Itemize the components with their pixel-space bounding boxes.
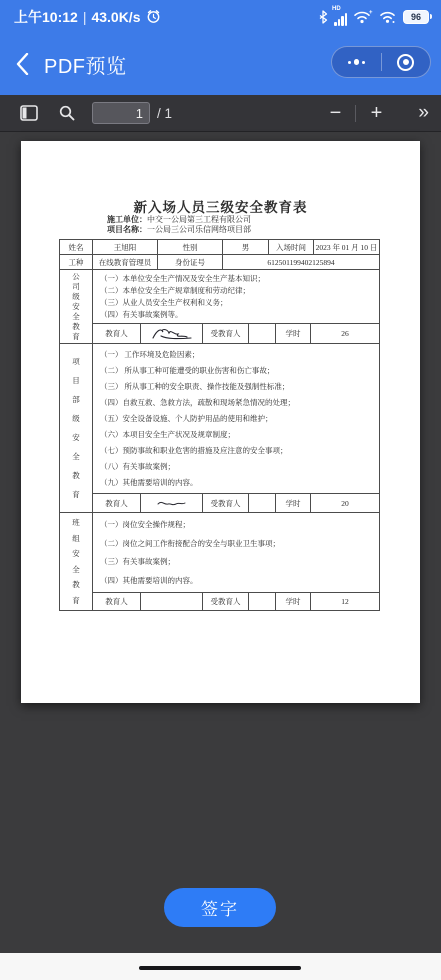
section-item-line: （三）从业人员安全生产权利和义务； bbox=[100, 297, 375, 308]
job-label: 工种 bbox=[60, 255, 93, 269]
section-label: 班组安全教育 bbox=[60, 513, 93, 610]
pdf-page: 新入场人员三级安全教育表 施工单位：中交一公局第三工程有限公司 项目名称：一公局… bbox=[21, 141, 420, 703]
section-item-line: （三）有关事故案例； bbox=[100, 556, 375, 567]
page-total-label: / 1 bbox=[157, 106, 172, 121]
entry-label: 入场时间 bbox=[269, 240, 314, 254]
builder-line: 施工单位：中交一公局第三工程有限公司 bbox=[107, 215, 251, 225]
three-dots-icon bbox=[348, 59, 366, 65]
trainee-signature-empty bbox=[249, 324, 276, 343]
educator-row: 教育人 受教育人 学时 26 bbox=[93, 323, 379, 343]
search-button[interactable] bbox=[52, 98, 82, 128]
trainee-signature-empty bbox=[249, 593, 276, 610]
pdf-viewer[interactable]: 新入场人员三级安全教育表 施工单位：中交一公局第三工程有限公司 项目名称：一公局… bbox=[0, 132, 441, 953]
builder-label: 施工单位： bbox=[107, 215, 147, 224]
pdf-toolbar: / 1 − + » bbox=[0, 95, 441, 132]
section-label: 项目部级安全教育 bbox=[60, 344, 93, 512]
trainee-signature-empty bbox=[249, 494, 276, 512]
section-item-line: （一）岗位安全操作规程； bbox=[100, 519, 375, 530]
section-item-line: （一）本单位安全生产情况及安全生产基本知识； bbox=[100, 273, 375, 284]
battery-percent: 96 bbox=[411, 12, 421, 22]
section-items: （一） 工作环境及危险因素；（二） 所从事工种可能遭受的职业伤害和伤亡事故；（三… bbox=[93, 344, 379, 493]
section-company: 公司级安全教育 （一）本单位安全生产情况及安全生产基本知识；（二）本单位安全生产… bbox=[60, 270, 379, 344]
section-project: 项目部级安全教育 （一） 工作环境及危险因素；（二） 所从事工种可能遭受的职业伤… bbox=[60, 344, 379, 513]
id-value: 612501199402125894 bbox=[223, 255, 379, 269]
name-label: 姓名 bbox=[60, 240, 93, 254]
battery-icon: 96 bbox=[403, 10, 429, 24]
section-item-line: （四）有关事故案例等。 bbox=[100, 309, 375, 320]
section-item-line: （七）预防事故和职业危害的措施及应注意的安全事项； bbox=[100, 445, 375, 456]
section-item-line: （四）自救互救、急救方法，疏散和现场紧急情况的处理； bbox=[100, 397, 375, 408]
project-label: 项目名称： bbox=[107, 225, 147, 234]
hours-value: 26 bbox=[311, 324, 379, 343]
signature-scribble-icon bbox=[147, 326, 197, 342]
sign-button[interactable]: 签字 bbox=[164, 888, 276, 927]
hours-label: 学时 bbox=[276, 593, 311, 610]
toolbar-divider bbox=[355, 105, 356, 122]
zoom-in-button[interactable]: + bbox=[360, 103, 392, 123]
header: PDF预览 bbox=[0, 33, 441, 95]
section-item-line: （五）安全设备设施、个人防护用品的使用和维护； bbox=[100, 413, 375, 424]
section-item-line: （二） 所从事工种可能遭受的职业伤害和伤亡事故； bbox=[100, 365, 375, 376]
status-bar: 上午10:12 | 43.0K/s HD + 96 bbox=[0, 0, 441, 33]
section-item-line: （八）有关事故案例； bbox=[100, 461, 375, 472]
trainee-label: 受教育人 bbox=[203, 593, 249, 610]
zoom-out-button[interactable]: − bbox=[319, 103, 351, 123]
table-row: 工种 在线教育管理员 身份证号 612501199402125894 bbox=[60, 255, 379, 270]
alarm-icon bbox=[146, 9, 161, 24]
education-table: 姓名 王旭阳 性别 男 入场时间 2023 年 01 月 10 日 工种 在线教… bbox=[59, 239, 380, 611]
page-title: PDF预览 bbox=[44, 50, 127, 79]
miniprogram-capsule bbox=[331, 46, 431, 78]
status-separator: | bbox=[83, 9, 87, 25]
educator-row: 教育人 受教育人 学时 12 bbox=[93, 592, 379, 610]
wifi-icon bbox=[379, 9, 397, 24]
section-item-line: （二）本单位安全生产规章制度和劳动纪律； bbox=[100, 285, 375, 296]
back-button[interactable] bbox=[0, 42, 44, 86]
status-time: 上午10:12 bbox=[14, 7, 78, 27]
hours-value: 20 bbox=[311, 494, 379, 512]
section-item-line: （九）其他需要培训的内容。 bbox=[100, 477, 375, 488]
section-item-line: （三） 所从事工种的安全职责、操作技能及强制性标准； bbox=[100, 381, 375, 392]
page-number-input[interactable] bbox=[92, 102, 150, 124]
back-chevron-icon bbox=[16, 53, 29, 75]
educator-signature-empty bbox=[141, 593, 203, 610]
hours-label: 学时 bbox=[276, 324, 311, 343]
search-icon bbox=[59, 105, 75, 121]
project-value: 一公局三公司乐信网络项目部 bbox=[147, 225, 251, 234]
project-line: 项目名称：一公局三公司乐信网络项目部 bbox=[107, 225, 251, 235]
educator-row: 教育人 受教育人 学时 20 bbox=[93, 493, 379, 512]
section-item-line: （二）岗位之间工作衔接配合的安全与职业卫生事项； bbox=[100, 538, 375, 549]
sidebar-toggle-button[interactable] bbox=[14, 98, 44, 128]
more-menu-button[interactable] bbox=[332, 47, 381, 77]
section-item-line: （六）本项目安全生产状况及规章制度； bbox=[100, 429, 375, 440]
educator-label: 教育人 bbox=[93, 593, 141, 610]
hours-value: 12 bbox=[311, 593, 379, 610]
home-indicator[interactable] bbox=[139, 966, 301, 970]
sidebar-icon bbox=[20, 105, 38, 121]
wifi-plus-icon: + bbox=[353, 9, 373, 24]
section-items: （一）本单位安全生产情况及安全生产基本知识；（二）本单位安全生产规章制度和劳动纪… bbox=[93, 270, 379, 323]
section-label: 公司级安全教育 bbox=[60, 270, 93, 343]
network-speed: 43.0K/s bbox=[91, 9, 140, 25]
close-miniprogram-button[interactable] bbox=[382, 47, 431, 77]
signature-scribble-icon bbox=[152, 497, 192, 509]
educator-signature bbox=[141, 494, 203, 512]
bluetooth-icon bbox=[318, 10, 328, 24]
educator-signature bbox=[141, 324, 203, 343]
section-item-line: （四）其他需要培训的内容。 bbox=[100, 575, 375, 586]
hours-label: 学时 bbox=[276, 494, 311, 512]
gender-value: 男 bbox=[223, 240, 269, 254]
section-items: （一）岗位安全操作规程；（二）岗位之间工作衔接配合的安全与职业卫生事项；（三）有… bbox=[93, 513, 379, 592]
name-value: 王旭阳 bbox=[93, 240, 158, 254]
trainee-label: 受教育人 bbox=[203, 494, 249, 512]
table-row: 姓名 王旭阳 性别 男 入场时间 2023 年 01 月 10 日 bbox=[60, 240, 379, 255]
bottom-system-bar bbox=[0, 953, 441, 980]
target-circle-icon bbox=[397, 54, 414, 71]
builder-value: 中交一公局第三工程有限公司 bbox=[147, 215, 251, 224]
section-item-line: （一） 工作环境及危险因素； bbox=[100, 349, 375, 360]
toolbar-more-button[interactable]: » bbox=[418, 102, 427, 124]
id-label: 身份证号 bbox=[158, 255, 223, 269]
svg-text:+: + bbox=[369, 10, 373, 16]
gender-label: 性别 bbox=[158, 240, 223, 254]
document-title: 新入场人员三级安全教育表 bbox=[21, 196, 420, 216]
trainee-label: 受教育人 bbox=[203, 324, 249, 343]
entry-value: 2023 年 01 月 10 日 bbox=[314, 240, 379, 254]
educator-label: 教育人 bbox=[93, 324, 141, 343]
job-value: 在线教育管理员 bbox=[93, 255, 158, 269]
cellular-signal-icon: HD bbox=[334, 8, 347, 26]
educator-label: 教育人 bbox=[93, 494, 141, 512]
section-team: 班组安全教育 （一）岗位安全操作规程；（二）岗位之间工作衔接配合的安全与职业卫生… bbox=[60, 513, 379, 610]
